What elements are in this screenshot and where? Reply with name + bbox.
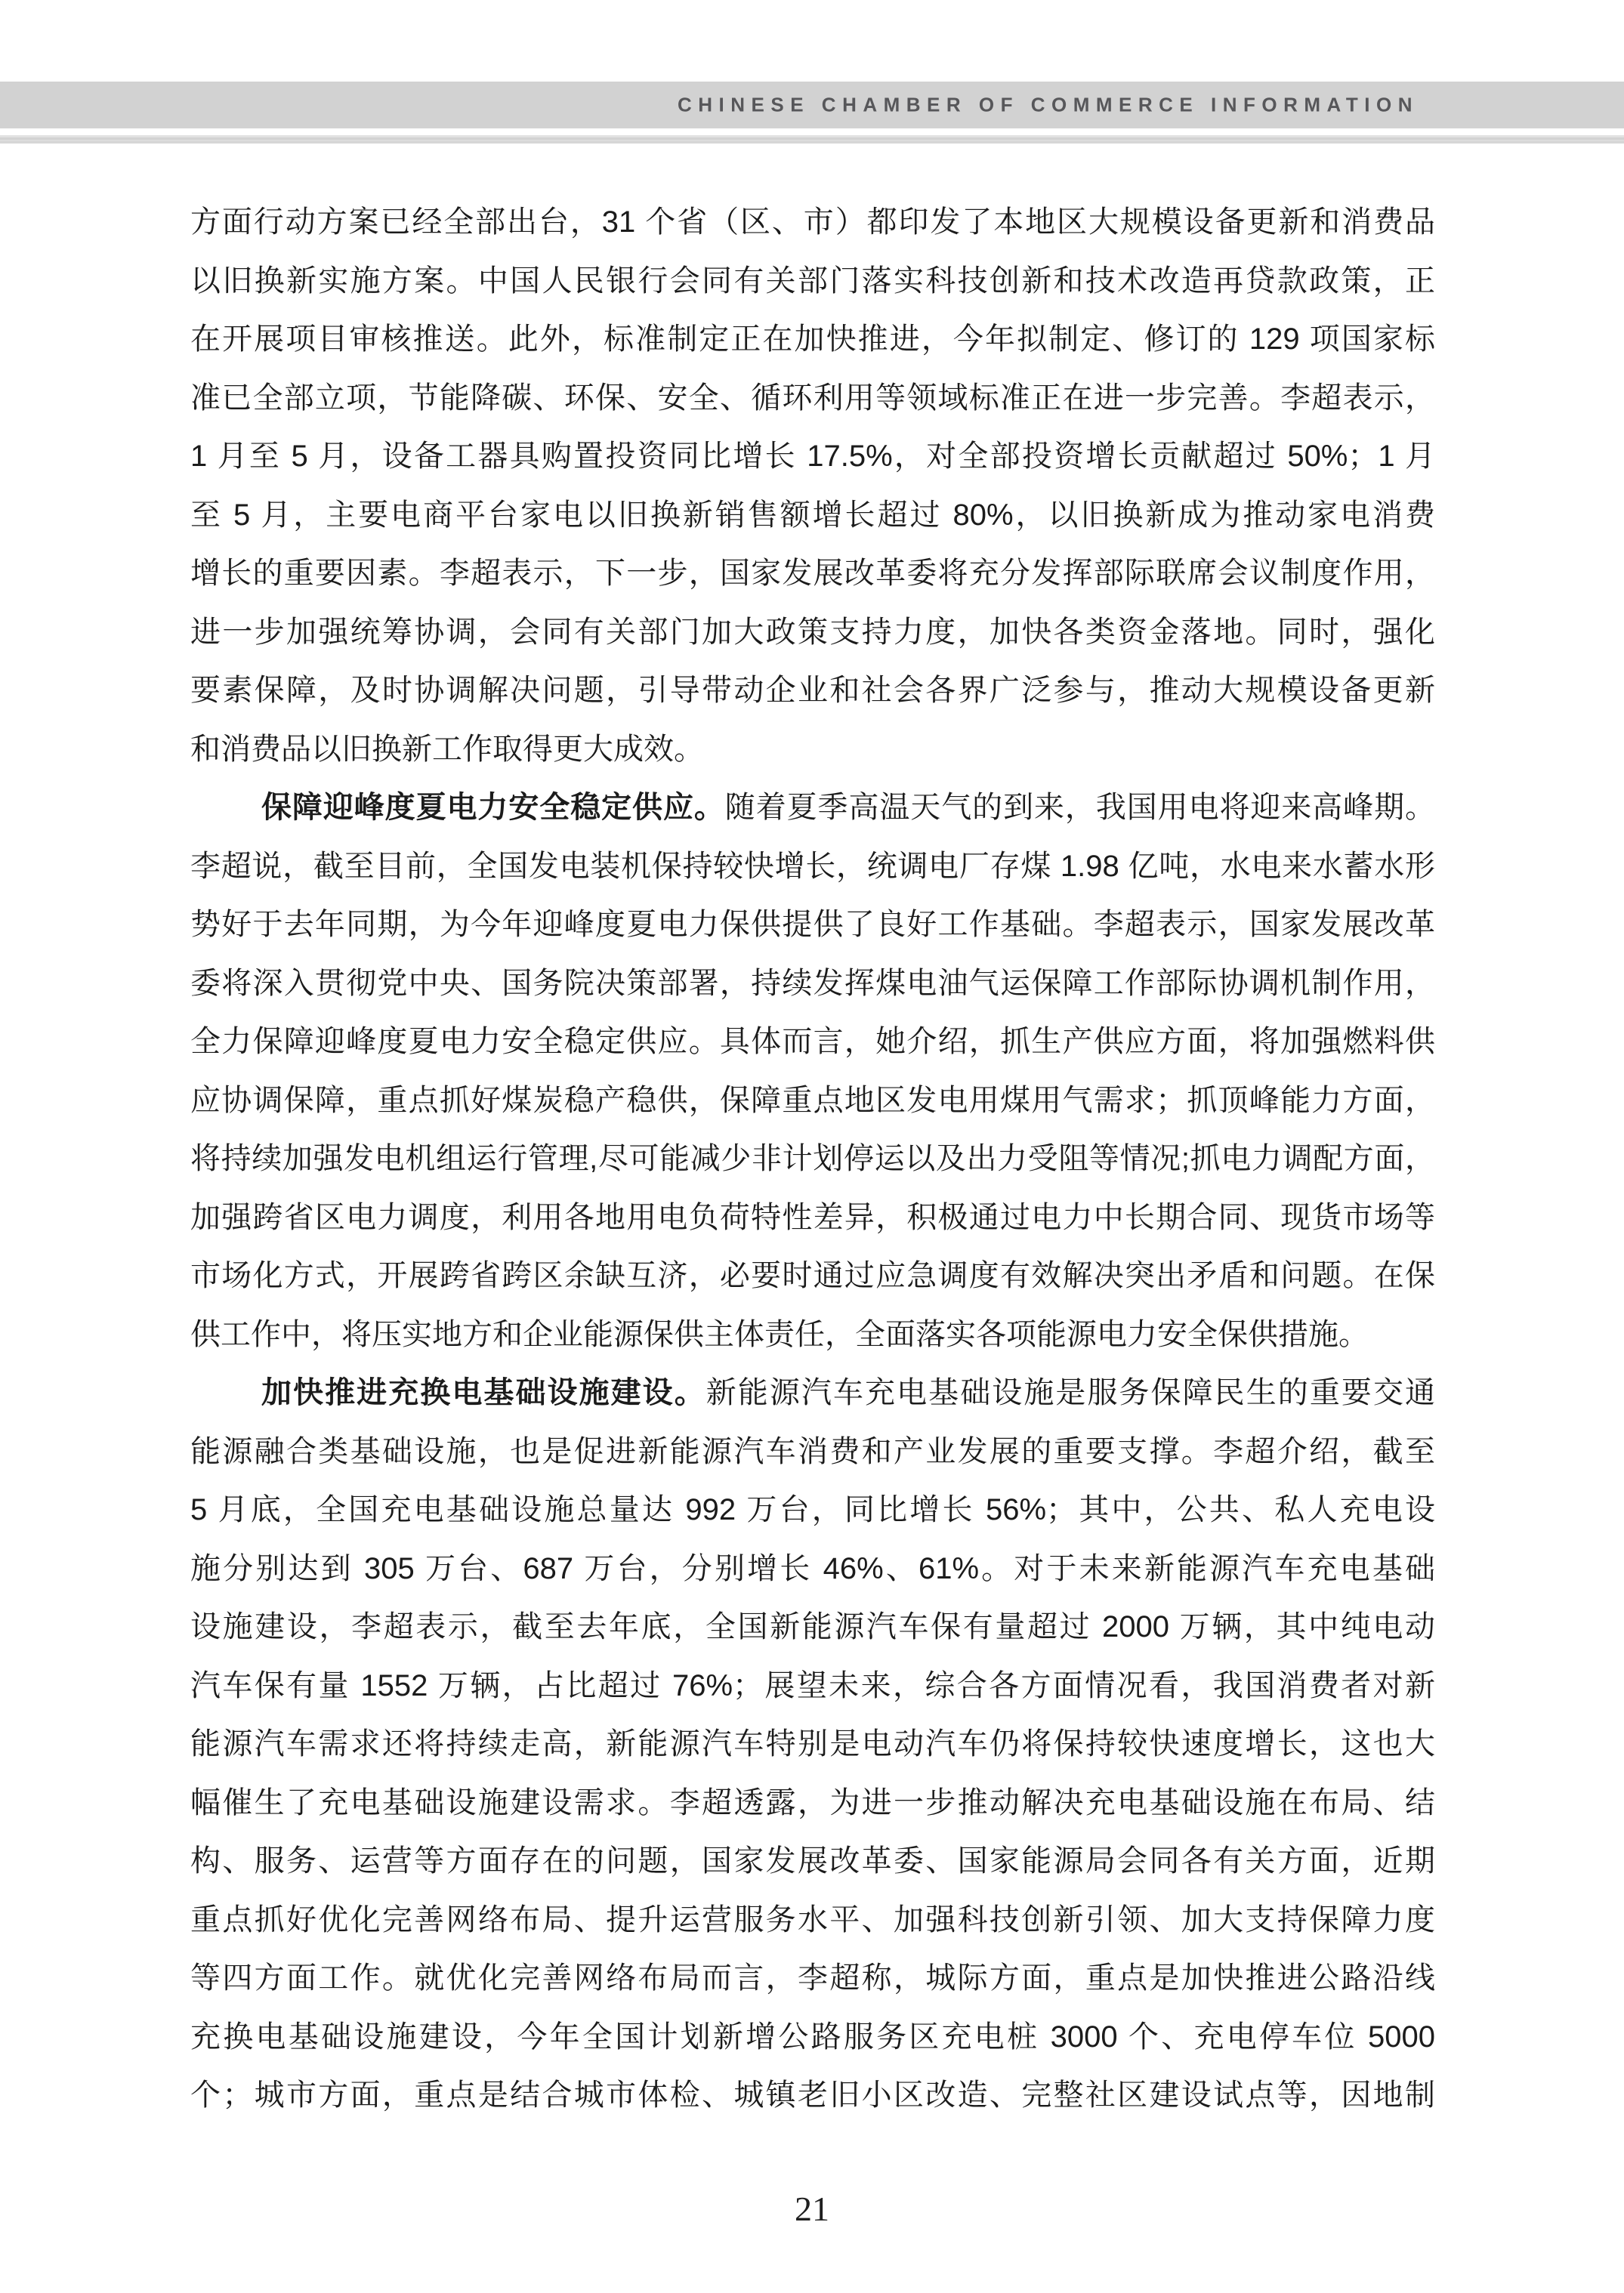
text-line: 应协调保障，重点抓好煤炭稳产稳供，保障重点地区发电用煤用气需求；抓顶峰能力方面， xyxy=(190,1072,1435,1131)
text-line: 在开展项目审核推送。此外，标准制定正在加快推进，今年拟制定、修订的 129 项国… xyxy=(190,310,1435,369)
text-line: 势好于去年同期，为今年迎峰度夏电力保供提供了良好工作基础。李超表示，国家发展改革 xyxy=(190,896,1435,955)
text-line: 加快推进充换电基础设施建设。新能源汽车充电基础设施是服务保障民生的重要交通 xyxy=(190,1364,1435,1423)
text-line: 保障迎峰度夏电力安全稳定供应。随着夏季高温天气的到来，我国用电将迎来高峰期。 xyxy=(190,779,1435,838)
text-line: 5 月底，全国充电基础设施总量达 992 万台，同比增长 56%；其中，公共、私… xyxy=(190,1481,1435,1540)
header-banner-text: CHINESE CHAMBER OF COMMERCE INFORMATION xyxy=(678,94,1419,117)
text-line: 委将深入贯彻党中央、国务院决策部署，持续发挥煤电油气运保障工作部际协调机制作用， xyxy=(190,955,1435,1014)
text-line: 至 5 月，主要电商平台家电以旧换新销售额增长超过 80%，以旧换新成为推动家电… xyxy=(190,486,1435,545)
text-line: 充换电基础设施建设，今年全国计划新增公路服务区充电桩 3000 个、充电停车位 … xyxy=(190,2008,1435,2067)
article-body: 方面行动方案已经全部出台，31 个省（区、市）都印发了本地区大规模设备更新和消费… xyxy=(190,193,1435,2125)
text-line: 要素保障，及时协调解决问题，引导带动企业和社会各界广泛参与，推动大规模设备更新 xyxy=(190,662,1435,721)
text-line: 构、服务、运营等方面存在的问题，国家发展改革委、国家能源局会同各有关方面，近期 xyxy=(190,1832,1435,1891)
text-line: 加强跨省区电力调度，利用各地用电负荷特性差异，积极通过电力中长期合同、现货市场等 xyxy=(190,1189,1435,1248)
paragraph-lead-bold: 加快推进充换电基础设施建设。 xyxy=(261,1376,706,1409)
text-line: 市场化方式，开展跨省跨区余缺互济，必要时通过应急调度有效解决突出矛盾和问题。在保 xyxy=(190,1247,1435,1306)
text-line: 将持续加强发电机组运行管理,尽可能减少非计划停运以及出力受阻等情况;抓电力调配方… xyxy=(190,1130,1435,1189)
header-banner: CHINESE CHAMBER OF COMMERCE INFORMATION xyxy=(0,82,1624,128)
text-line: 1 月至 5 月，设备工器具购置投资同比增长 17.5%，对全部投资增长贡献超过… xyxy=(190,427,1435,486)
text-line: 增长的重要因素。李超表示，下一步，国家发展改革委将充分发挥部际联席会议制度作用， xyxy=(190,545,1435,603)
text-line: 进一步加强统筹协调，会同有关部门加大政策支持力度，加快各类资金落地。同时，强化 xyxy=(190,603,1435,662)
text-line: 能源汽车需求还将持续走高，新能源汽车特别是电动汽车仍将保持较快速度增长，这也大 xyxy=(190,1715,1435,1774)
text-line: 供工作中，将压实地方和企业能源保供主体责任，全面落实各项能源电力安全保供措施。 xyxy=(190,1306,1435,1365)
header-stripe xyxy=(0,135,1624,144)
text-line: 准已全部立项，节能降碳、环保、安全、循环利用等领域标准正在进一步完善。李超表示， xyxy=(190,369,1435,428)
text-line: 幅催生了充电基础设施建设需求。李超透露，为进一步推动解决充电基础设施在布局、结 xyxy=(190,1774,1435,1833)
text-line: 能源融合类基础设施，也是促进新能源汽车消费和产业发展的重要支撑。李超介绍，截至 xyxy=(190,1423,1435,1482)
text-line: 方面行动方案已经全部出台，31 个省（区、市）都印发了本地区大规模设备更新和消费… xyxy=(190,193,1435,252)
document-page: CHINESE CHAMBER OF COMMERCE INFORMATION … xyxy=(0,0,1624,2293)
page-number: 21 xyxy=(0,2189,1624,2229)
text-line: 设施建设，李超表示，截至去年底，全国新能源汽车保有量超过 2000 万辆，其中纯… xyxy=(190,1598,1435,1657)
paragraph-lead-bold: 保障迎峰度夏电力安全稳定供应。 xyxy=(261,791,725,824)
text-line: 以旧换新实施方案。中国人民银行会同有关部门落实科技创新和技术改造再贷款政策，正 xyxy=(190,252,1435,311)
text-line: 李超说，截至目前，全国发电装机保持较快增长，统调电厂存煤 1.98 亿吨，水电来… xyxy=(190,838,1435,897)
text-line: 个；城市方面，重点是结合城市体检、城镇老旧小区改造、完整社区建设试点等，因地制 xyxy=(190,2066,1435,2125)
text-line: 汽车保有量 1552 万辆，占比超过 76%；展望未来，综合各方面情况看，我国消… xyxy=(190,1657,1435,1716)
text-line: 等四方面工作。就优化完善网络布局而言，李超称，城际方面，重点是加快推进公路沿线 xyxy=(190,1949,1435,2008)
text-line: 施分别达到 305 万台、687 万台，分别增长 46%、61%。对于未来新能源… xyxy=(190,1540,1435,1599)
text-line: 全力保障迎峰度夏电力安全稳定供应。具体而言，她介绍，抓生产供应方面，将加强燃料供 xyxy=(190,1013,1435,1072)
text-line: 和消费品以旧换新工作取得更大成效。 xyxy=(190,721,1435,779)
text-line: 重点抓好优化完善网络布局、提升运营服务水平、加强科技创新引领、加大支持保障力度 xyxy=(190,1891,1435,1950)
